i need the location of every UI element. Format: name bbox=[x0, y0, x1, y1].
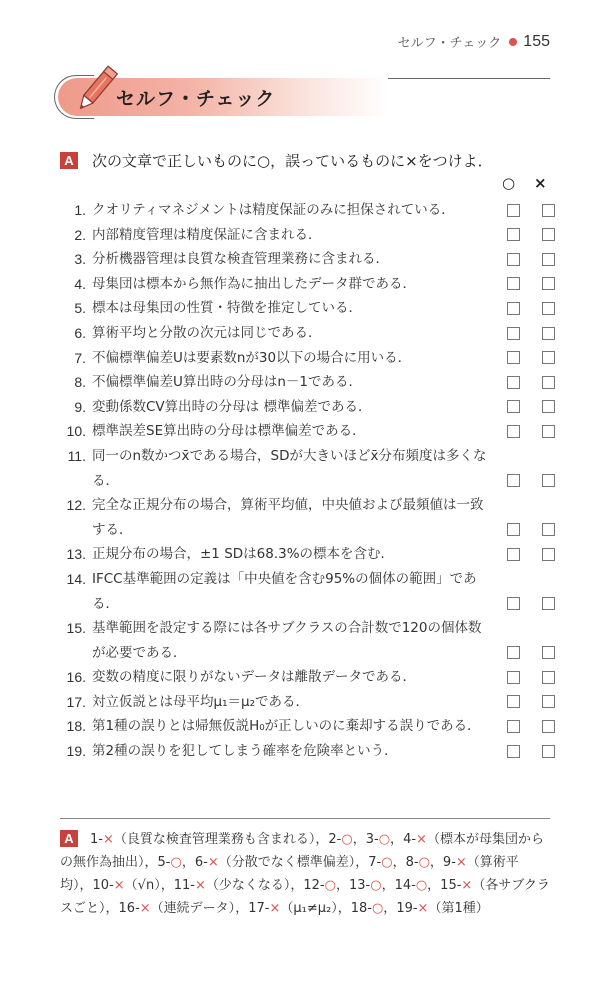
answer-item: 6-×（分散でなく標準偏差）， bbox=[195, 855, 368, 870]
checkbox-wrong[interactable] bbox=[542, 646, 555, 659]
wrong-mark-icon: × bbox=[208, 855, 219, 870]
question-text: 不偏標準偏差U算出時の分母はn－1である． bbox=[92, 370, 492, 395]
answer-number: 14- bbox=[395, 878, 416, 893]
answer-item: 5-○， bbox=[158, 855, 195, 870]
answer-number: 7- bbox=[368, 855, 381, 870]
checkbox-correct[interactable] bbox=[507, 302, 520, 315]
wrong-mark-icon: × bbox=[416, 832, 427, 847]
answer-number: 9- bbox=[443, 855, 456, 870]
running-head: セルフ・チェック 155 bbox=[398, 32, 550, 51]
checkbox-wrong[interactable] bbox=[542, 302, 555, 315]
answer-number: 12- bbox=[303, 878, 324, 893]
instruction-text: 次の文章で正しいものに○，誤っているものに×をつけよ． bbox=[92, 150, 493, 171]
question-number: 12. bbox=[60, 493, 86, 542]
correct-mark-icon: ○ bbox=[325, 878, 336, 893]
answer-number: 16- bbox=[119, 901, 140, 916]
question-item: 2.内部精度管理は精度保証に含まれる． bbox=[60, 223, 555, 248]
checkbox-wrong[interactable] bbox=[542, 327, 555, 340]
question-text: 正規分布の場合，±1 SDは68.3%の標本を含む． bbox=[92, 542, 492, 567]
question-number: 2. bbox=[60, 223, 86, 248]
checkbox-correct[interactable] bbox=[507, 695, 520, 708]
checkbox-correct[interactable] bbox=[507, 228, 520, 241]
checkbox-correct[interactable] bbox=[507, 376, 520, 389]
checkbox-wrong[interactable] bbox=[542, 277, 555, 290]
answer-note: （μ₁≠μ₂） bbox=[280, 901, 337, 916]
question-item: 5.標本は母集団の性質・特徴を推定している． bbox=[60, 296, 555, 321]
answer-note: （第1種） bbox=[428, 901, 488, 916]
answer-item: 2-○， bbox=[328, 832, 365, 847]
question-item: 1.クオリティマネジメントは精度保証のみに担保されている． bbox=[60, 198, 555, 223]
column-wrong-label: × bbox=[534, 174, 547, 192]
question-number: 14. bbox=[60, 567, 86, 616]
question-text: 同一のn数かつx̄である場合，SDが大きいほどx̄分布頻度は多くなる． bbox=[92, 444, 492, 493]
question-number: 10. bbox=[60, 419, 86, 444]
correct-mark-icon: ○ bbox=[416, 878, 427, 893]
answer-number: 15- bbox=[440, 878, 461, 893]
question-item: 18.第1種の誤りとは帰無仮説H₀が正しいのに棄却する誤りである． bbox=[60, 714, 555, 739]
question-number: 7. bbox=[60, 346, 86, 371]
question-text: 変数の精度に限りがないデータは離散データである． bbox=[92, 665, 492, 690]
question-item: 19.第2種の誤りを犯してしまう確率を危険率という． bbox=[60, 739, 555, 764]
correct-mark-icon: ○ bbox=[381, 855, 392, 870]
correct-mark-icon: ○ bbox=[341, 832, 352, 847]
question-number: 1. bbox=[60, 198, 86, 223]
checkbox-wrong[interactable] bbox=[542, 376, 555, 389]
wrong-mark-icon: × bbox=[269, 901, 280, 916]
checkbox-wrong[interactable] bbox=[542, 253, 555, 266]
answer-number: 5- bbox=[158, 855, 171, 870]
question-item: 15.基準範囲を設定する際には各サブクラスの合計数で120の個体数が必要である． bbox=[60, 616, 555, 665]
correct-mark-icon: ○ bbox=[171, 855, 182, 870]
question-item: 8.不偏標準偏差U算出時の分母はn－1である． bbox=[60, 370, 555, 395]
checkbox-correct[interactable] bbox=[507, 327, 520, 340]
section-title: セルフ・チェック bbox=[116, 84, 275, 111]
checkbox-correct[interactable] bbox=[507, 671, 520, 684]
question-number: 18. bbox=[60, 714, 86, 739]
answer-note: （良質な検査管理業務も含まれる） bbox=[114, 832, 316, 847]
question-item: 6.算術平均と分散の次元は同じである． bbox=[60, 321, 555, 346]
checkbox-wrong[interactable] bbox=[542, 228, 555, 241]
question-item: 4.母集団は標本から無作為に抽出したデータ群である． bbox=[60, 272, 555, 297]
answer-item: 3-○， bbox=[366, 832, 403, 847]
answer-item: 16-×（連続データ）， bbox=[119, 901, 249, 916]
section-title-banner: セルフ・チェック bbox=[58, 76, 550, 116]
question-text: クオリティマネジメントは精度保証のみに担保されている． bbox=[92, 198, 492, 223]
wrong-mark-icon: × bbox=[461, 878, 472, 893]
answer-number: 3- bbox=[366, 832, 379, 847]
answer-item: 11-×（少なくなる）， bbox=[174, 878, 304, 893]
answer-note: （連続データ） bbox=[151, 901, 236, 916]
answer-note: （√n） bbox=[125, 878, 161, 893]
running-head-section: セルフ・チェック bbox=[398, 32, 502, 51]
answer-divider bbox=[60, 818, 550, 819]
answer-key: A1-×（良質な検査管理業務も含まれる），2-○，3-○，4-×（標本が母集団か… bbox=[60, 828, 550, 920]
correct-mark-icon: ○ bbox=[419, 855, 430, 870]
checkbox-wrong[interactable] bbox=[542, 425, 555, 438]
checkbox-correct[interactable] bbox=[507, 597, 520, 610]
answer-number: 4- bbox=[403, 832, 416, 847]
answer-number: 10- bbox=[93, 878, 114, 893]
question-item: 13.正規分布の場合，±1 SDは68.3%の標本を含む． bbox=[60, 542, 555, 567]
question-item: 9.変動係数CV算出時の分母は 標準偏差である． bbox=[60, 395, 555, 420]
checkbox-wrong[interactable] bbox=[542, 671, 555, 684]
answer-item: 7-○， bbox=[368, 855, 405, 870]
question-number: 6. bbox=[60, 321, 86, 346]
answer-number: 17- bbox=[248, 901, 269, 916]
answer-item: 13-○， bbox=[349, 878, 395, 893]
question-text: 変動係数CV算出時の分母は 標準偏差である． bbox=[92, 395, 492, 420]
answer-number: 2- bbox=[328, 832, 341, 847]
question-item: 7.不偏標準偏差Uは要素数nが30以下の場合に用いる． bbox=[60, 346, 555, 371]
checkbox-correct[interactable] bbox=[507, 425, 520, 438]
answer-item: 8-○， bbox=[406, 855, 443, 870]
section-a-badge: A bbox=[60, 152, 78, 169]
answer-item: 10-×（√n）， bbox=[93, 878, 174, 893]
wrong-mark-icon: × bbox=[456, 855, 467, 870]
checkbox-correct[interactable] bbox=[507, 253, 520, 266]
column-correct-label: ○ bbox=[502, 174, 515, 192]
page-number: 155 bbox=[523, 33, 550, 51]
checkbox-wrong[interactable] bbox=[542, 548, 555, 561]
question-text: 母集団は標本から無作為に抽出したデータ群である． bbox=[92, 272, 492, 297]
answer-body: 1-×（良質な検査管理業務も含まれる），2-○，3-○，4-×（標本が母集団から… bbox=[60, 832, 550, 916]
question-number: 4. bbox=[60, 272, 86, 297]
answer-number: 19- bbox=[396, 901, 417, 916]
question-text: 完全な正規分布の場合，算術平均値，中央値および最頻値は一致する． bbox=[92, 493, 492, 542]
checkbox-wrong[interactable] bbox=[542, 474, 555, 487]
correct-mark-icon: ○ bbox=[379, 832, 390, 847]
question-number: 9. bbox=[60, 395, 86, 420]
question-number: 19. bbox=[60, 739, 86, 764]
answer-a-badge: A bbox=[60, 830, 78, 847]
answer-item: 17-×（μ₁≠μ₂）， bbox=[248, 901, 351, 916]
question-item: 14.IFCC基準範囲の定義は「中央値を含む95%の個体の範囲」である． bbox=[60, 567, 555, 616]
question-text: IFCC基準範囲の定義は「中央値を含む95%の個体の範囲」である． bbox=[92, 567, 492, 616]
checkbox-wrong[interactable] bbox=[542, 351, 555, 364]
instruction: A 次の文章で正しいものに○，誤っているものに×をつけよ． bbox=[60, 150, 493, 171]
question-number: 8. bbox=[60, 370, 86, 395]
checkbox-correct[interactable] bbox=[507, 277, 520, 290]
question-item: 11.同一のn数かつx̄である場合，SDが大きいほどx̄分布頻度は多くなる． bbox=[60, 444, 555, 493]
question-number: 13. bbox=[60, 542, 86, 567]
checkbox-wrong[interactable] bbox=[542, 745, 555, 758]
question-number: 16. bbox=[60, 665, 86, 690]
question-text: 第1種の誤りとは帰無仮説H₀が正しいのに棄却する誤りである． bbox=[92, 714, 492, 739]
answer-item: 19-×（第1種） bbox=[396, 901, 488, 916]
question-text: 内部精度管理は精度保証に含まれる． bbox=[92, 223, 492, 248]
checkbox-correct[interactable] bbox=[507, 548, 520, 561]
question-text: 分析機器管理は良質な検査管理業務に含まれる． bbox=[92, 247, 492, 272]
answer-item: 14-○， bbox=[395, 878, 441, 893]
question-number: 15. bbox=[60, 616, 86, 665]
answer-number: 1- bbox=[90, 832, 103, 847]
checkbox-correct[interactable] bbox=[507, 646, 520, 659]
answer-item: 12-○， bbox=[303, 878, 349, 893]
question-text: 標準誤差SE算出時の分母は標準偏差である． bbox=[92, 419, 492, 444]
answer-number: 13- bbox=[349, 878, 370, 893]
question-item: 10.標準誤差SE算出時の分母は標準偏差である． bbox=[60, 419, 555, 444]
checkbox-correct[interactable] bbox=[507, 351, 520, 364]
question-number: 17. bbox=[60, 690, 86, 715]
question-text: 算術平均と分散の次元は同じである． bbox=[92, 321, 492, 346]
checkbox-wrong[interactable] bbox=[542, 204, 555, 217]
question-text: 標本は母集団の性質・特徴を推定している． bbox=[92, 296, 492, 321]
question-text: 対立仮説とは母平均μ₁＝μ₂である． bbox=[92, 690, 492, 715]
checkbox-correct[interactable] bbox=[507, 523, 520, 536]
checkbox-correct[interactable] bbox=[507, 400, 520, 413]
pencil-icon bbox=[70, 62, 122, 118]
answer-number: 11- bbox=[174, 878, 195, 893]
question-number: 11. bbox=[60, 444, 86, 493]
checkbox-correct[interactable] bbox=[507, 474, 520, 487]
question-item: 3.分析機器管理は良質な検査管理業務に含まれる． bbox=[60, 247, 555, 272]
checkbox-wrong[interactable] bbox=[542, 695, 555, 708]
bullet-dot-icon bbox=[509, 38, 517, 46]
question-text: 第2種の誤りを犯してしまう確率を危険率という． bbox=[92, 739, 492, 764]
question-number: 3. bbox=[60, 247, 86, 272]
checkbox-correct[interactable] bbox=[507, 720, 520, 733]
wrong-mark-icon: × bbox=[114, 878, 125, 893]
answer-note: （少なくなる） bbox=[206, 878, 291, 893]
wrong-mark-icon: × bbox=[418, 901, 429, 916]
question-item: 16.変数の精度に限りがないデータは離散データである． bbox=[60, 665, 555, 690]
checkbox-wrong[interactable] bbox=[542, 523, 555, 536]
wrong-mark-icon: × bbox=[103, 832, 114, 847]
question-text: 基準範囲を設定する際には各サブクラスの合計数で120の個体数が必要である． bbox=[92, 616, 492, 665]
question-number: 5. bbox=[60, 296, 86, 321]
wrong-mark-icon: × bbox=[195, 878, 206, 893]
answer-item: 18-○， bbox=[351, 901, 397, 916]
answer-number: 8- bbox=[406, 855, 419, 870]
checkbox-wrong[interactable] bbox=[542, 720, 555, 733]
answer-item: 1-×（良質な検査管理業務も含まれる）， bbox=[90, 832, 328, 847]
question-list: 1.クオリティマネジメントは精度保証のみに担保されている． 2.内部精度管理は精… bbox=[60, 198, 555, 764]
checkbox-wrong[interactable] bbox=[542, 400, 555, 413]
checkbox-correct[interactable] bbox=[507, 745, 520, 758]
correct-mark-icon: ○ bbox=[372, 901, 383, 916]
answer-number: 18- bbox=[351, 901, 372, 916]
correct-mark-icon: ○ bbox=[370, 878, 381, 893]
question-text: 不偏標準偏差Uは要素数nが30以下の場合に用いる． bbox=[92, 346, 492, 371]
answer-note: （分散でなく標準偏差） bbox=[219, 855, 356, 870]
checkbox-correct[interactable] bbox=[507, 204, 520, 217]
checkbox-wrong[interactable] bbox=[542, 597, 555, 610]
wrong-mark-icon: × bbox=[140, 901, 151, 916]
question-item: 17.対立仮説とは母平均μ₁＝μ₂である． bbox=[60, 690, 555, 715]
answer-number: 6- bbox=[195, 855, 208, 870]
question-item: 12.完全な正規分布の場合，算術平均値，中央値および最頻値は一致する． bbox=[60, 493, 555, 542]
